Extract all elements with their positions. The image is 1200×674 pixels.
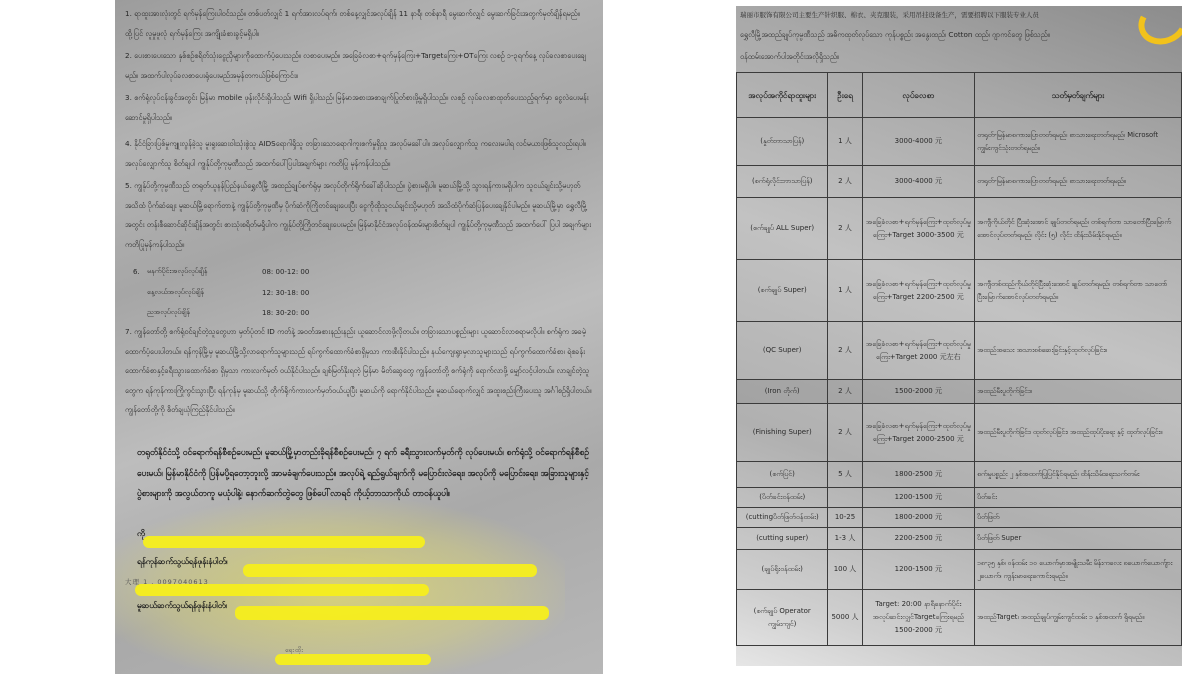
cell-notes: ပိတ်ဖြတ် bbox=[975, 508, 1182, 528]
paragraph-number: 3. bbox=[125, 93, 132, 102]
paragraph-number: 6. bbox=[133, 268, 147, 276]
cell-position: (စက်ချုပ် ALL Super) bbox=[737, 198, 828, 260]
table-row: (စက်ချုပ် Operator ကျွမ်းကျင်)5000 人Targ… bbox=[737, 590, 1182, 646]
schedule-time: 18: 30-20: 00 bbox=[262, 309, 309, 317]
cell-salary: အခြေခံလစာ+ရက်မှန်ကြေး+ထုတ်လုပ်မှုကြေး+Ta… bbox=[862, 198, 975, 260]
yangon-phone-label: ရန်ကုန်ဆက်သွယ်ရန်ဖုန်းနံပါတ်၊ bbox=[137, 556, 227, 568]
cell-salary: 1200-1500 元 bbox=[862, 550, 975, 590]
chinese-header: 瑞丽市服饰有限公司主要生产针织服、棉衣、夹克服装，采用吊挂设备生产，需要招聘以下… bbox=[740, 10, 1178, 19]
table-row: (ချုပ်ရိုးဝန်ထမ်း)100 人1200-1500 元၁၈-၃၅ … bbox=[737, 550, 1182, 590]
paragraph-4: 4. နိုင်ငံခြားပြစ်မှုကျူးလွန်ခဲ့သူ မူးရူ… bbox=[125, 134, 593, 173]
table-header-row: အလုပ်အကိုင်ရာထူးများ ဦးရေ လုပ်ခလစာ သတ်မှ… bbox=[737, 73, 1182, 118]
guarantee-paragraph: တရုတ်နိုင်ငံသို့ ဝင်ရောက်ရန်စီစဉ်ပေးမည်၊… bbox=[137, 442, 591, 504]
cell-position: (cutting super) bbox=[737, 528, 828, 550]
cell-salary: 1500-2000 元 bbox=[862, 380, 975, 404]
cell-position: (ပိတ်ခင်းဝန်ထမ်း) bbox=[737, 488, 828, 508]
table-row: (စက်ရုံလိုင်းဘာသာပြန်)2 人3000-4000 元တရုတ… bbox=[737, 166, 1182, 198]
cell-salary: 1800-2500 元 bbox=[862, 462, 975, 488]
cell-notes: အကျီကိုယ်တိုင် ပြီးဆုံးအောင် ချုပ်တတ်ရမည… bbox=[975, 198, 1182, 260]
cell-position: (cuttingပိတ်ဖြတ်ဝန်ထမ်း) bbox=[737, 508, 828, 528]
cell-position: (စက်ရုံလိုင်းဘာသာပြန်) bbox=[737, 166, 828, 198]
cell-count: 2 人 bbox=[828, 380, 862, 404]
cell-position: (နှုတ်ဘာသာပြန်) bbox=[737, 118, 828, 166]
cell-salary: 2200-2500 元 bbox=[862, 528, 975, 550]
redaction-highlight bbox=[135, 584, 429, 596]
redaction-highlight bbox=[143, 536, 425, 548]
cell-notes: အထည်Target၊ အထည်ချုပ်ကျွမ်းကျင်ထမ်း ၁ နှ… bbox=[975, 590, 1182, 646]
cell-position: (Finishing Super) bbox=[737, 404, 828, 462]
cell-salary: အခြေခံလစာ+ရက်မှန်ကြေး+ထုတ်လုပ်မှုကြေး+Ta… bbox=[862, 260, 975, 322]
cell-notes: ပိတ်ဖြတ် Super bbox=[975, 528, 1182, 550]
paragraph-text: စက်ရုံလုပ်ငန်းခွင်အတွင်း မြန်မာ mobile ဖ… bbox=[125, 93, 588, 122]
paragraph-text: ပေးစားပေးသော နှစ်စဉ်စရိတ်သုံးငွေညှိများက… bbox=[125, 51, 586, 80]
cell-notes: တရုတ်-မြန်မာစကားပြောတတ်ရမည်၊ စာသားရေးတတ်… bbox=[975, 118, 1182, 166]
table-row: (QC Super)2 人အခြေခံလစာ+ရက်မှန်ကြေး+ထုတ်လ… bbox=[737, 322, 1182, 380]
header-count: ဦးရေ bbox=[828, 73, 862, 118]
table-row: (cutting super)1-3 人2200-2500 元ပိတ်ဖြတ် … bbox=[737, 528, 1182, 550]
paragraph-text: ရာထူးအားလုံးတွင် ရက်မှန်ကြေးပါဝင်သည်။ တစ… bbox=[125, 9, 580, 38]
schedule-time: 12: 30-18: 00 bbox=[262, 289, 309, 297]
cell-salary: 3000-4000 元 bbox=[862, 118, 975, 166]
paragraph-text: ကျွန်တော်တို့ စက်ရုံဝင်ချင်တဲ့သူတွေဟာ မှ… bbox=[125, 327, 591, 414]
schedule-row-afternoon: နေ့လယ်အလုပ်လုပ်ချိန် 12: 30-18: 00 bbox=[133, 283, 309, 304]
cell-salary: 1200-1500 元 bbox=[862, 488, 975, 508]
paragraph-text: နိုင်ငံခြားပြစ်မှုကျူးလွန်ခဲ့သူ မူးရူးဆေ… bbox=[125, 139, 586, 168]
cell-count: 5000 人 bbox=[828, 590, 862, 646]
cell-notes: အထည်မီးပူတိုက်ခြင်း၊ ထုတ်လုပ်ခြင်း၊ အထည်… bbox=[975, 404, 1182, 462]
table-row: (နှုတ်ဘာသာပြန်)1 人3000-4000 元တရုတ်-မြန်မ… bbox=[737, 118, 1182, 166]
paragraph-5: 5. ကျွန်ုပ်တို့ကုမ္ပဏီသည် တရုတ်ယူနန်ပြည်… bbox=[125, 176, 593, 254]
paragraph-number: 2. bbox=[125, 51, 132, 60]
schedule-row-night: ညအလုပ်လုပ်ချိန် 18: 30-20: 00 bbox=[133, 303, 309, 324]
work-schedule: 6. မနက်ပိုင်းအလုပ်လုပ်ချိန် 08: 00-12: 0… bbox=[133, 262, 309, 324]
muse-phone-label: မူဆယ်ဆက်သွယ်ရန်ဖုန်းနံပါတ်၊ bbox=[137, 600, 227, 612]
cell-notes: အထည်အသေး အသားစစ်ဆေးခြင်းနှင့်ထုတ်လုပ်ခြင… bbox=[975, 322, 1182, 380]
header-requirements: သတ်မှတ်ချက်များ bbox=[975, 73, 1182, 118]
redaction-highlight bbox=[235, 606, 549, 620]
schedule-time: 08: 00-12: 00 bbox=[262, 268, 309, 276]
cell-position: (စက်ပြင်) bbox=[737, 462, 828, 488]
redaction-highlight bbox=[243, 564, 537, 577]
cell-count: 1-3 人 bbox=[828, 528, 862, 550]
cell-notes: အထည်မီးပူတိုက်ခြင်း။ bbox=[975, 380, 1182, 404]
cell-notes: ပိတ်ခင်း bbox=[975, 488, 1182, 508]
cell-notes: စက်မှုပစ္စည်း ၂ နှစ်အထက်ပြုပြင်နိုင်ရမည်… bbox=[975, 462, 1182, 488]
paragraph-1: 1. ရာထူးအားလုံးတွင် ရက်မှန်ကြေးပါဝင်သည်။… bbox=[125, 4, 593, 43]
paragraph-number: 1. bbox=[125, 9, 132, 18]
cell-count: 2 人 bbox=[828, 198, 862, 260]
cell-notes: တရုတ်-မြန်မာစကားပြောတတ်ရမည်၊ စာသားရေးတတ်… bbox=[975, 166, 1182, 198]
burmese-header-1: ရွှေလီမြို့အထည်ချုပ်ကုမ္ပဏီသည် အဓိကထုတ်လ… bbox=[740, 30, 1178, 41]
cell-notes: အကျီတစ်ထည်ကိုယ်တိုင်ပြီးဆုံးအောင် ချုပ်တ… bbox=[975, 260, 1182, 322]
cell-salary: Target: 20:00 နာရီနောက်ပိုင်း အလုပ်ဆင်းလ… bbox=[862, 590, 975, 646]
cell-salary: အခြေခံလစာ+ရက်မှန်ကြေး+ထုတ်လုပ်မှုကြေး+Ta… bbox=[862, 322, 975, 380]
table-row: (စက်ချုပ် Super)1 人အခြေခံလစာ+ရက်မှန်ကြေး… bbox=[737, 260, 1182, 322]
table-body: (နှုတ်ဘာသာပြန်)1 人3000-4000 元တရုတ်-မြန်မ… bbox=[737, 118, 1182, 646]
schedule-row-morning: 6. မနက်ပိုင်းအလုပ်လုပ်ချိန် 08: 00-12: 0… bbox=[133, 262, 309, 283]
table-row: (စက်ချုပ် ALL Super)2 人အခြေခံလစာ+ရက်မှန်… bbox=[737, 198, 1182, 260]
cell-position: (Iron တိုက်) bbox=[737, 380, 828, 404]
cell-count: 100 人 bbox=[828, 550, 862, 590]
paragraph-7: 7. ကျွန်တော်တို့ စက်ရုံဝင်ချင်တဲ့သူတွေဟာ… bbox=[125, 322, 593, 420]
paragraph-number: 7. bbox=[125, 327, 132, 336]
paragraph-2: 2. ပေးစားပေးသော နှစ်စဉ်စရိတ်သုံးငွေညှိမျ… bbox=[125, 46, 593, 85]
cell-count: 2 人 bbox=[828, 322, 862, 380]
schedule-label: မနက်ပိုင်းအလုပ်လုပ်ချိန် bbox=[147, 267, 262, 277]
cell-position: (QC Super) bbox=[737, 322, 828, 380]
header-salary: လုပ်ခလစာ bbox=[862, 73, 975, 118]
paragraph-number: 4. bbox=[125, 139, 132, 148]
cell-count: 1 人 bbox=[828, 118, 862, 166]
paragraph-number: 5. bbox=[125, 181, 132, 190]
job-table: အလုပ်အကိုင်ရာထူးများ ဦးရေ လုပ်ခလစာ သတ်မှ… bbox=[736, 72, 1182, 646]
cell-count: 10-25 bbox=[828, 508, 862, 528]
schedule-label: ညအလုပ်လုပ်ချိန် bbox=[147, 308, 262, 318]
left-document-photo: 1. ရာထူးအားလုံးတွင် ရက်မှန်ကြေးပါဝင်သည်။… bbox=[115, 0, 603, 674]
cell-count: 5 人 bbox=[828, 462, 862, 488]
burmese-header-2: ဝန်ထမ်းအောက်ပါအတိုင်းအလိုရှိသည်။ bbox=[740, 52, 1178, 63]
schedule-label: နေ့လယ်အလုပ်လုပ်ချိန် bbox=[147, 288, 262, 298]
cell-count bbox=[828, 488, 862, 508]
redaction-highlight bbox=[275, 654, 431, 665]
table-row: (စက်ပြင်)5 人1800-2500 元စက်မှုပစ္စည်း ၂ န… bbox=[737, 462, 1182, 488]
table-row: (ပိတ်ခင်းဝန်ထမ်း)1200-1500 元ပိတ်ခင်း bbox=[737, 488, 1182, 508]
cell-count: 1 人 bbox=[828, 260, 862, 322]
paragraph-3: 3. စက်ရုံလုပ်ငန်းခွင်အတွင်း မြန်မာ mobil… bbox=[125, 88, 593, 127]
cell-position: (ချုပ်ရိုးဝန်ထမ်း) bbox=[737, 550, 828, 590]
right-document-photo: 瑞丽市服饰有限公司主要生产针织服、棉衣、夹克服装，采用吊挂设备生产，需要招聘以下… bbox=[736, 6, 1182, 666]
cell-salary: အခြေခံလစာ+ရက်မှန်ကြေး+ထုတ်လုပ်မှုကြေး+Ta… bbox=[862, 404, 975, 462]
table-row: (Finishing Super)2 人အခြေခံလစာ+ရက်မှန်ကြေ… bbox=[737, 404, 1182, 462]
cell-count: 2 人 bbox=[828, 166, 862, 198]
header-position: အလုပ်အကိုင်ရာထူးများ bbox=[737, 73, 828, 118]
cell-notes: ၁၈-၃၅ နှစ်၊ ဝန်ထမ်း ၁၀ ယောက်မှာအမျိုးသမီ… bbox=[975, 550, 1182, 590]
table-row: (Iron တိုက်)2 人1500-2000 元အထည်မီးပူတိုက်… bbox=[737, 380, 1182, 404]
cell-salary: 3000-4000 元 bbox=[862, 166, 975, 198]
cell-position: (စက်ချုပ် Operator ကျွမ်းကျင်) bbox=[737, 590, 828, 646]
cell-position: (စက်ချုပ် Super) bbox=[737, 260, 828, 322]
cell-salary: 1800-2000 元 bbox=[862, 508, 975, 528]
table-row: (cuttingပိတ်ဖြတ်ဝန်ထမ်း)10-251800-2000 元… bbox=[737, 508, 1182, 528]
cell-count: 2 人 bbox=[828, 404, 862, 462]
paragraph-text: ကျွန်ုပ်တို့ကုမ္ပဏီသည် တရုတ်ယူနန်ပြည်နယ်… bbox=[125, 181, 591, 249]
